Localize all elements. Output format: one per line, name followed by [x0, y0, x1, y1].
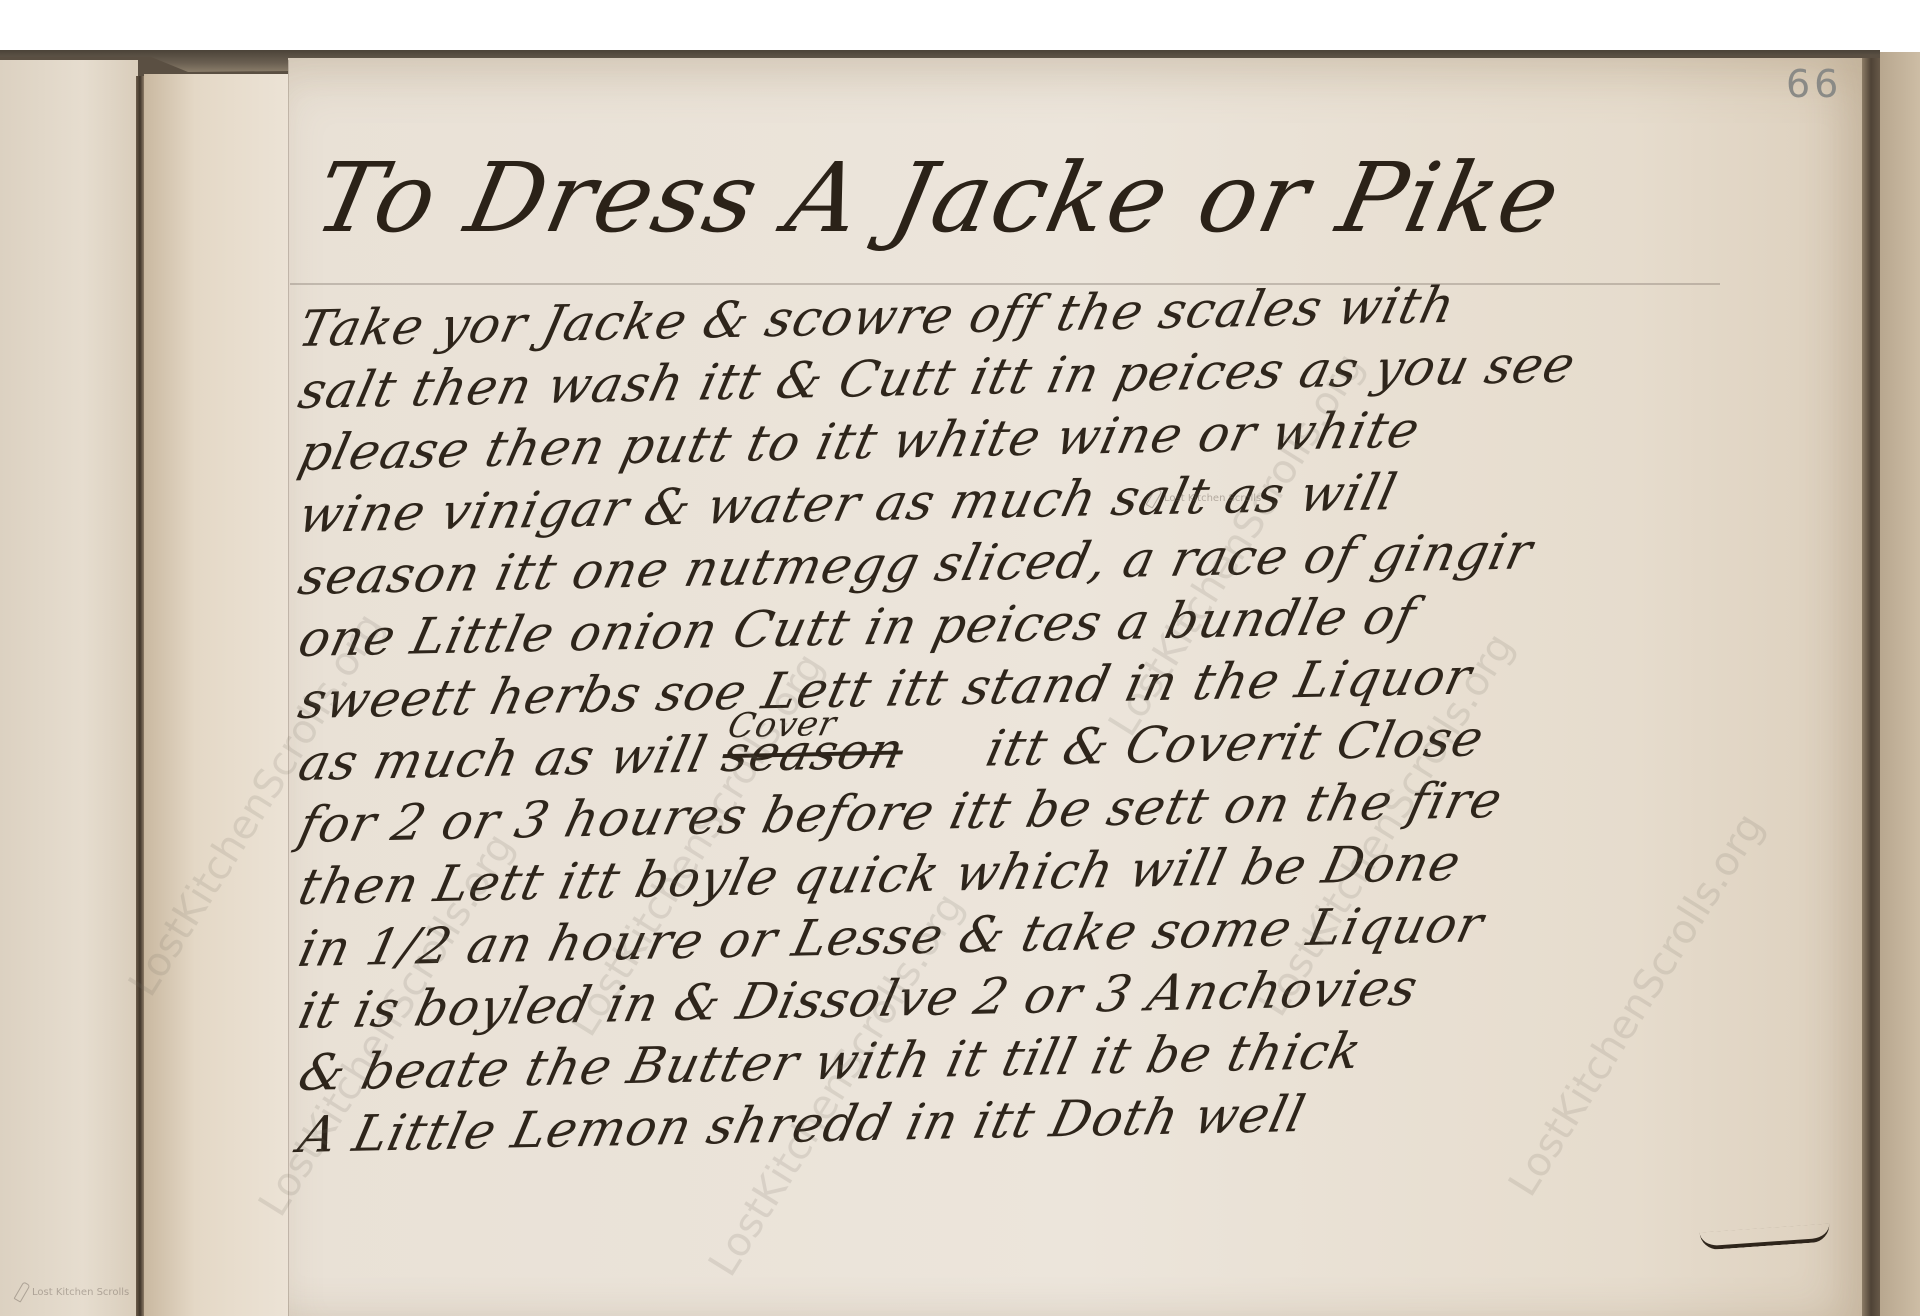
left-page	[0, 60, 138, 1316]
recipe-title: To Dress A Jacke or Pike	[308, 150, 1748, 246]
watermark-stamp: Lost Kitchen Scrolls	[18, 1282, 129, 1302]
back-board	[1880, 52, 1920, 1316]
page-number: 66	[1786, 62, 1842, 106]
inserted-word: Cover	[722, 693, 844, 757]
stamp-text: Lost Kitchen Scrolls	[1164, 493, 1261, 504]
line8-after: itt & Coverit Close	[981, 709, 1490, 777]
margin-line	[288, 60, 289, 1316]
book-gutter	[136, 76, 144, 1316]
flyleaf	[144, 74, 290, 1316]
recipe-body: Take yor Jacke & scowre off the scales w…	[300, 298, 1860, 1166]
line8-before: as much as will	[293, 726, 712, 792]
stamp-text: Lost Kitchen Scrolls	[32, 1287, 129, 1298]
watermark-stamp: Lost Kitchen Scrolls	[1150, 488, 1261, 508]
page-edge-shadow	[1862, 58, 1882, 1316]
